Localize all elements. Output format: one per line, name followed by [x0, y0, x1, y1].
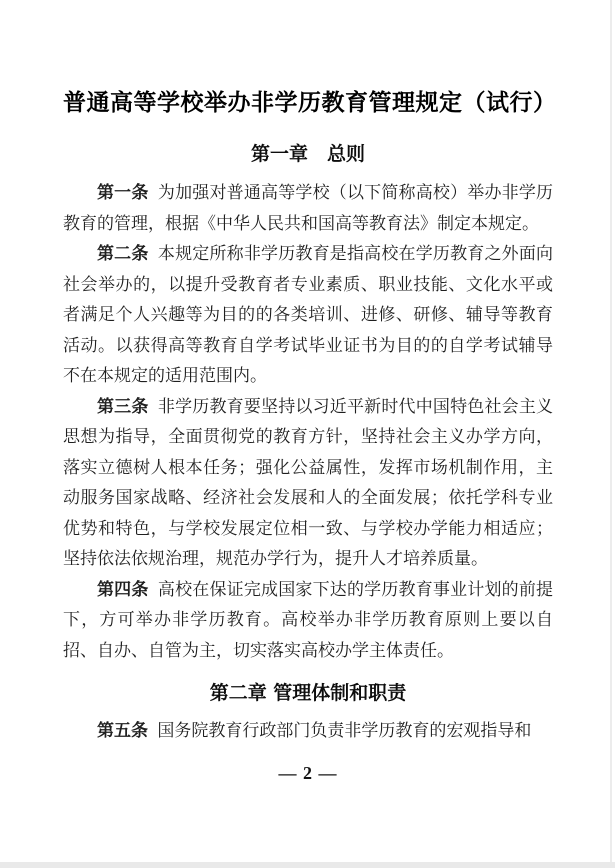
article-2-number: 第二条	[97, 244, 149, 264]
article-2-paragraph: 第二条本规定所称非学历教育是指高校在学历教育之外面向社会举办的，以提升受教育者专…	[63, 239, 553, 392]
document-title: 普通高等学校举办非学历教育管理规定（试行）	[63, 88, 553, 117]
article-1-paragraph: 第一条为加强对普通高等学校（以下简称高校）举办非学历教育的管理，根据《中华人民共…	[63, 178, 553, 239]
document-page: 普通高等学校举办非学历教育管理规定（试行） 第一章 总则 第一条为加强对普通高等…	[0, 0, 615, 868]
article-1-number: 第一条	[97, 183, 149, 203]
article-4-paragraph: 第四条高校在保证完成国家下达的学历教育事业计划的前提下，方可举办非学历教育。高校…	[63, 575, 553, 667]
chapter-2-articles: 第五条国务院教育行政部门负责非学历教育的宏观指导和	[63, 716, 553, 747]
page-number: — 2 —	[63, 762, 553, 784]
article-4-number: 第四条	[97, 580, 149, 600]
chapter-1-articles: 第一条为加强对普通高等学校（以下简称高校）举办非学历教育的管理，根据《中华人民共…	[63, 178, 553, 666]
scan-edge-right	[610, 0, 612, 868]
article-3-number: 第三条	[97, 397, 149, 417]
article-5-text: 国务院教育行政部门负责非学历教育的宏观指导和	[157, 721, 531, 741]
chapter-1-heading: 第一章 总则	[63, 143, 553, 165]
document-content: 普通高等学校举办非学历教育管理规定（试行） 第一章 总则 第一条为加强对普通高等…	[0, 88, 615, 784]
article-5-number: 第五条	[97, 721, 148, 741]
scan-edge-bottom	[0, 862, 615, 868]
chapter-2-heading: 第二章 管理体制和职责	[63, 682, 553, 704]
article-3-text: 非学历教育要坚持以习近平新时代中国特色社会主义思想为指导，全面贯彻党的教育方针，…	[63, 397, 553, 570]
article-2-text: 本规定所称非学历教育是指高校在学历教育之外面向社会举办的，以提升受教育者专业素质…	[63, 244, 553, 386]
article-3-paragraph: 第三条非学历教育要坚持以习近平新时代中国特色社会主义思想为指导，全面贯彻党的教育…	[63, 392, 553, 575]
article-5-paragraph: 第五条国务院教育行政部门负责非学历教育的宏观指导和	[63, 716, 553, 747]
